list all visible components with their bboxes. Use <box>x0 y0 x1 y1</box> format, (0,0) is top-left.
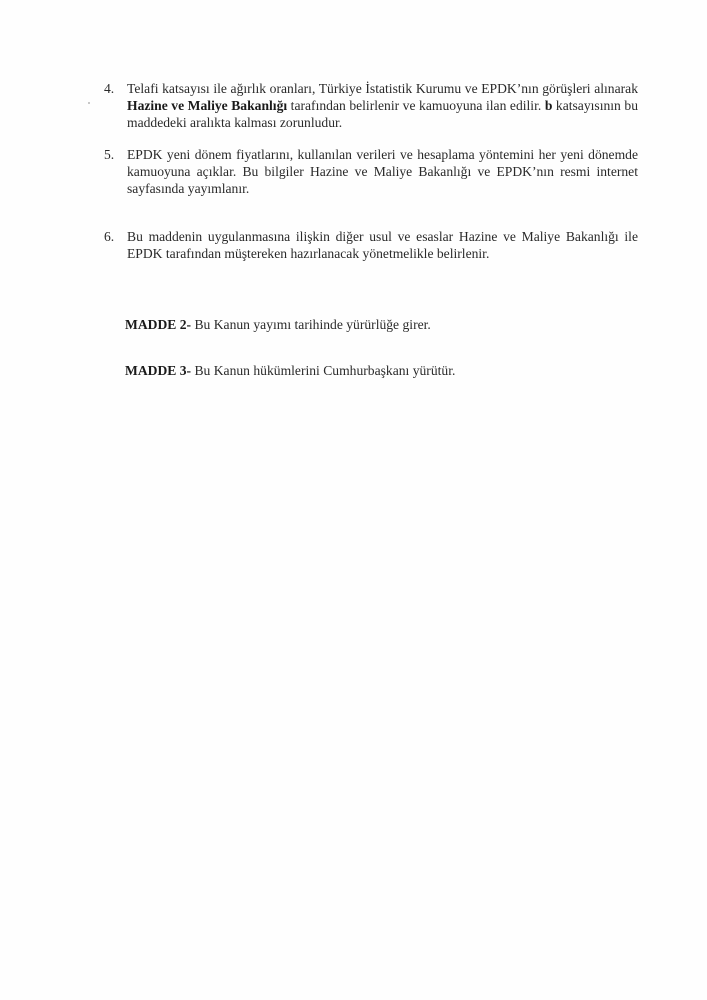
list-item-text: Bu maddenin uygulanmasına ilişkin diğer … <box>127 228 638 262</box>
list-item-number: 6. <box>104 228 126 245</box>
text-segment: tarafından belirlenir ve kamuoyuna ilan … <box>287 98 545 113</box>
article-2: MADDE 2- Bu Kanun yayımı tarihinde yürür… <box>125 316 431 333</box>
bold-text-ministry: Hazine ve Maliye Bakanlığı <box>127 98 287 113</box>
list-item-5: 5. EPDK yeni dönem fiyatlarını, kullanıl… <box>104 146 638 197</box>
list-item-6: 6. Bu maddenin uygulanmasına ilişkin diğ… <box>104 228 638 262</box>
article-text: Bu Kanun hükümlerini Cumhurbaşkanı yürüt… <box>191 363 455 378</box>
list-item-text: EPDK yeni dönem fiyatlarını, kullanılan … <box>127 146 638 197</box>
article-label: MADDE 3- <box>125 363 191 378</box>
article-text: Bu Kanun yayımı tarihinde yürürlüğe gire… <box>191 317 431 332</box>
list-item-number: 4. <box>104 80 126 97</box>
text-segment: Telafi katsayısı ile ağırlık oranları, T… <box>127 81 638 96</box>
article-3: MADDE 3- Bu Kanun hükümlerini Cumhurbaşk… <box>125 362 455 379</box>
document-page: 4. Telafi katsayısı ile ağırlık oranları… <box>0 0 707 1000</box>
list-item-text: Telafi katsayısı ile ağırlık oranları, T… <box>127 80 638 131</box>
text-segment: Bu maddenin uygulanmasına ilişkin diğer … <box>127 229 638 261</box>
scan-speck <box>88 102 90 104</box>
text-segment: EPDK yeni dönem fiyatlarını, kullanılan … <box>127 147 638 196</box>
article-label: MADDE 2- <box>125 317 191 332</box>
list-item-4: 4. Telafi katsayısı ile ağırlık oranları… <box>104 80 638 131</box>
list-item-number: 5. <box>104 146 126 163</box>
